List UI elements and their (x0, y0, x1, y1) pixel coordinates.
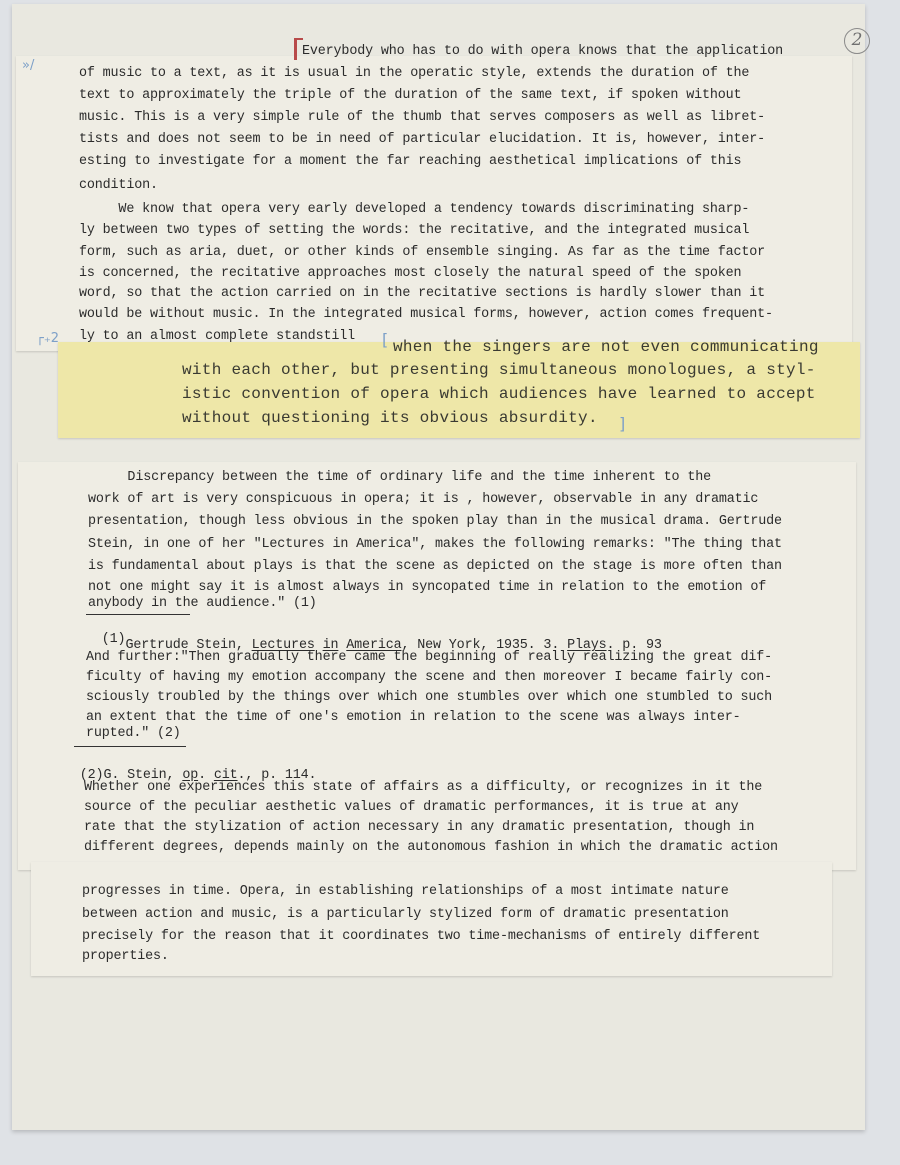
insert-margin-mark: ┌₊2 (36, 331, 59, 346)
text-line: sciously troubled by the things over whi… (86, 690, 772, 706)
text-line: form, such as aria, duet, or other kinds… (79, 245, 765, 261)
text-line: text to approximately the triple of the … (79, 88, 741, 104)
text-line: music. This is a very simple rule of the… (79, 110, 765, 126)
margin-annotation: »/ (22, 58, 34, 73)
text-line: precisely for the reason that it coordin… (82, 929, 760, 945)
text-line: esting to investigate for a moment the f… (79, 154, 741, 170)
insert-open-bracket: [ (382, 330, 388, 349)
footnote-rule (74, 746, 186, 747)
text-line: presentation, though less obvious in the… (88, 514, 782, 530)
text-line: would be without music. In the integrate… (79, 307, 773, 323)
text-line: not one might say it is almost always in… (88, 580, 766, 596)
text-line: progresses in time. Opera, in establishi… (82, 884, 729, 900)
text-line: an extent that the time of one's emotion… (86, 710, 741, 726)
text-line: anybody in the audience." (1) (88, 596, 317, 612)
text-line: condition. (79, 178, 158, 194)
text-line: rate that the stylization of action nece… (84, 820, 754, 836)
footnote-marker: (1) (102, 632, 126, 647)
text-line: of music to a text, as it is usual in th… (79, 66, 749, 82)
insert-close-bracket: ] (619, 414, 625, 433)
text-line: ly to an almost complete standstill (79, 329, 355, 345)
text-line: different degrees, depends mainly on the… (84, 840, 778, 856)
text-line: word, so that the action carried on in t… (79, 286, 765, 302)
text-line: work of art is very conspicuous in opera… (88, 492, 758, 508)
text-line: istic convention of opera which audience… (182, 386, 816, 402)
text-line: rupted." (2) (86, 726, 181, 742)
text-line: Discrepancy between the time of ordinary… (88, 470, 711, 486)
text-line: source of the peculiar aesthetic values … (84, 800, 739, 816)
text-line: tists and does not seem to be in need of… (79, 132, 765, 148)
text-line: Stein, in one of her "Lectures in Americ… (88, 537, 782, 553)
text-line: Whether one experiences this state of af… (84, 780, 762, 796)
text-line: is concerned, the recitative approaches … (79, 266, 741, 282)
text-line: We know that opera very early developed … (79, 202, 749, 218)
text-line: And further:"Then gradually there came t… (86, 650, 772, 666)
text-line: properties. (82, 949, 169, 965)
footnote-rule (86, 614, 190, 615)
text-line: is fundamental about plays is that the s… (88, 559, 782, 575)
text-line: Everybody who has to do with opera knows… (302, 44, 783, 60)
text-line: with each other, but presenting simultan… (182, 362, 816, 378)
text-line: between action and music, is a particula… (82, 907, 729, 923)
page-number: 2 (844, 28, 870, 54)
text-line: when the singers are not even communicat… (393, 339, 819, 355)
text-line: ficulty of having my emotion accompany t… (86, 670, 772, 686)
text-line: ly between two types of setting the word… (79, 223, 749, 239)
text-line: without questioning its obvious absurdit… (182, 410, 598, 426)
